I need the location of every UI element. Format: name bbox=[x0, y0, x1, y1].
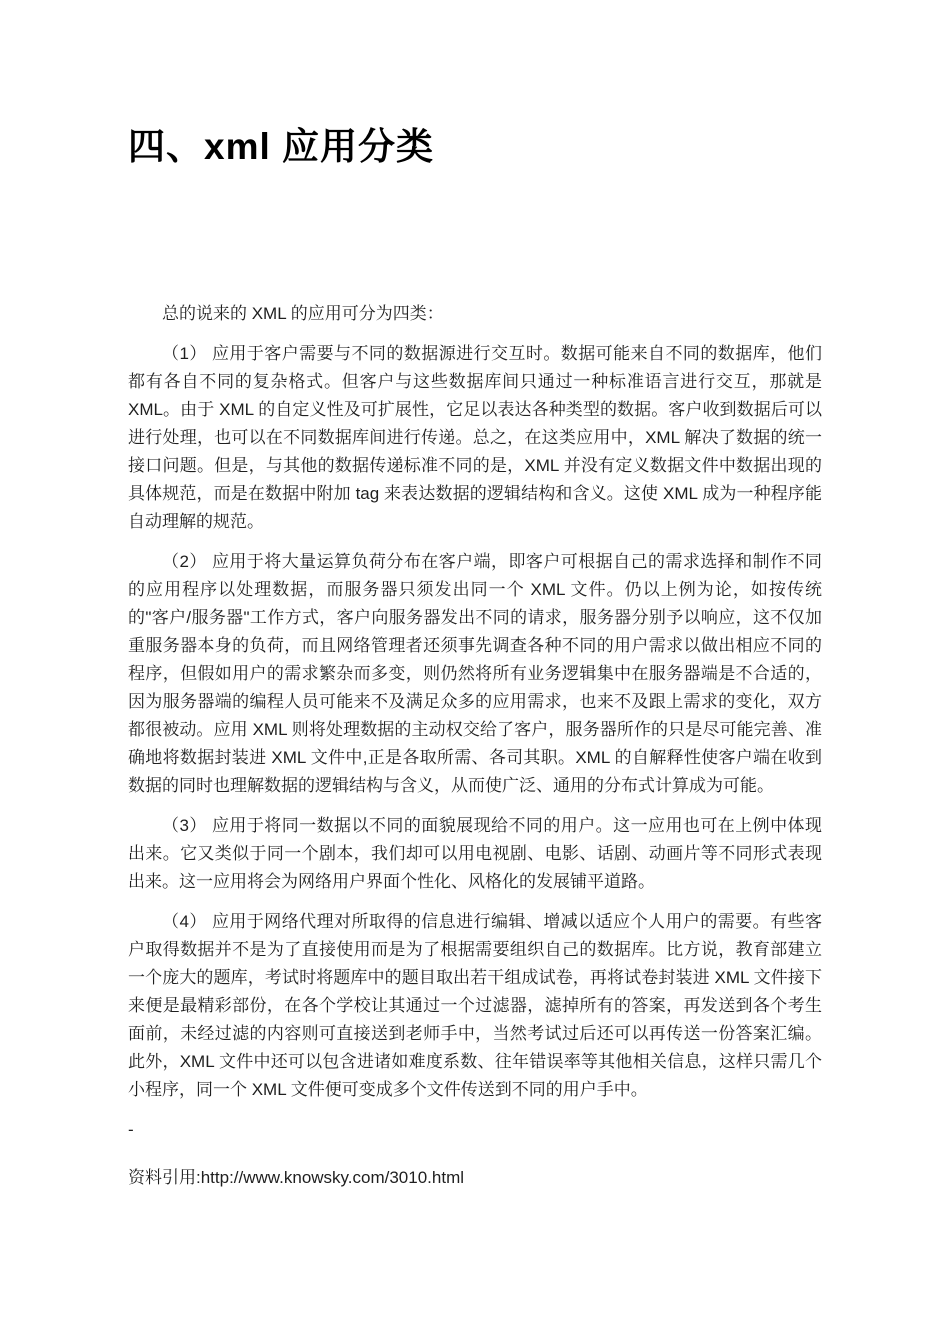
source-citation: 资料引用:http://www.knowsky.com/3010.html bbox=[128, 1164, 822, 1192]
page-title: 四、xml 应用分类 bbox=[128, 124, 822, 170]
paragraph-3: （3） 应用于将同一数据以不同的面貌展现给不同的用户。这一应用也可在上例中体现出… bbox=[128, 812, 822, 896]
paragraph-1: （1） 应用于客户需要与不同的数据源进行交互时。数据可能来自不同的数据库，他们都… bbox=[128, 340, 822, 536]
intro-line: 总的说来的 XML 的应用可分为四类： bbox=[128, 300, 822, 328]
document-body: 总的说来的 XML 的应用可分为四类： （1） 应用于客户需要与不同的数据源进行… bbox=[128, 300, 822, 1192]
dash-line: - bbox=[128, 1116, 822, 1144]
document-page: 四、xml 应用分类 总的说来的 XML 的应用可分为四类： （1） 应用于客户… bbox=[0, 0, 950, 1344]
paragraph-4: （4） 应用于网络代理对所取得的信息进行编辑、增减以适应个人用户的需要。有些客户… bbox=[128, 908, 822, 1104]
paragraph-2: （2） 应用于将大量运算负荷分布在客户端，即客户可根据自己的需求选择和制作不同的… bbox=[128, 548, 822, 800]
